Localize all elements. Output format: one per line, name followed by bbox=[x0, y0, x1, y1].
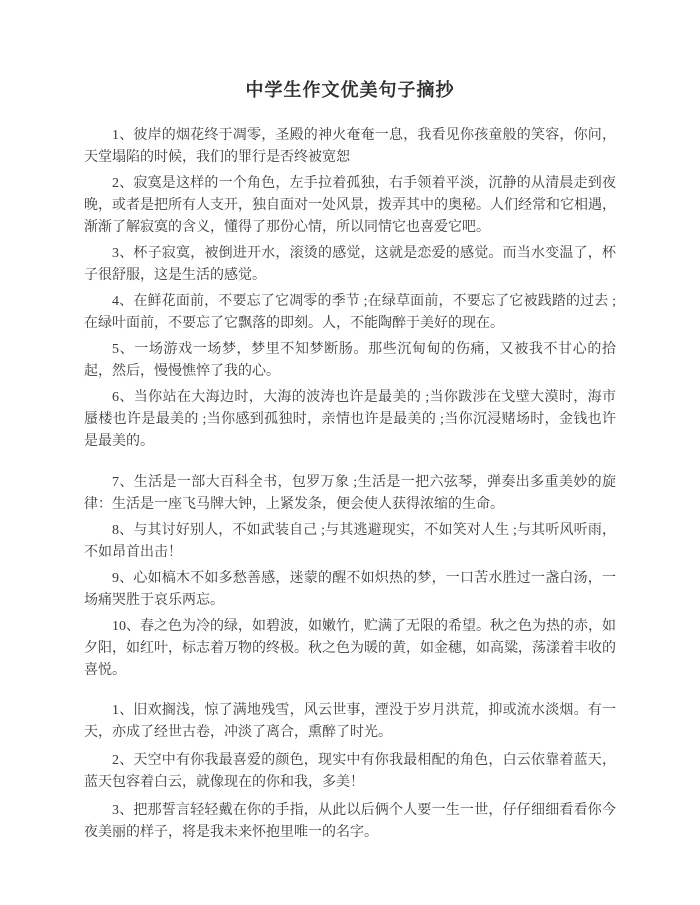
section1-paragraph-6: 6、当你站在大海边时，大海的波涛也许是最美的 ;当你跋涉在戈壁大漠时，海市蜃楼也… bbox=[84, 387, 616, 453]
section2-paragraph-3: 3、把那誓言轻轻戴在你的手指，从此以后俩个人要一生一世，仔仔细细看看你今夜美丽的… bbox=[84, 800, 616, 844]
section1-paragraph-10: 10、春之色为冷的绿，如碧波，如嫩竹，贮满了无限的希望。秋之色为热的赤，如夕阳，… bbox=[84, 616, 616, 682]
section1-paragraph-4: 4、在鲜花面前，不要忘了它凋零的季节 ;在绿草面前，不要忘了它被践踏的过去 ;在… bbox=[84, 291, 616, 335]
quote-section-1: 1、彼岸的烟花终于凋零，圣殿的神火奄奄一息，我看见你孩童般的笑容，你问，天堂塌陷… bbox=[84, 125, 616, 682]
section1-paragraph-9: 9、心如槁木不如多愁善感，迷蒙的醒不如炽热的梦，一口苦水胜过一盏白汤，一场痛哭胜… bbox=[84, 568, 616, 612]
section1-paragraph-8: 8、与其讨好别人，不如武装自己 ;与其逃避现实，不如笑对人生 ;与其听风听雨，不… bbox=[84, 520, 616, 564]
section1-paragraph-5: 5、一场游戏一场梦，梦里不知梦断肠。那些沉甸甸的伤痛，又被我不甘心的拾起，然后，… bbox=[84, 339, 616, 383]
section2-paragraph-2: 2、天空中有你我最喜爱的颜色，现实中有你我最相配的角色，白云依靠着蓝天，蓝天包容… bbox=[84, 750, 616, 794]
document-page: 中学生作文优美句子摘抄 1、彼岸的烟花终于凋零，圣殿的神火奄奄一息，我看见你孩童… bbox=[0, 0, 700, 905]
section1-paragraph-2: 2、寂寞是这样的一个角色，左手拉着孤独，右手领着平淡，沉静的从清晨走到夜晚，或者… bbox=[84, 173, 616, 239]
section1-paragraph-7: 7、生活是一部大百科全书，包罗万象 ;生活是一把六弦琴，弹奏出多重美妙的旋律：生… bbox=[84, 472, 616, 516]
section1-paragraph-3: 3、杯子寂寞，被倒进开水，滚烫的感觉，这就是恋爱的感觉。而当水变温了，杯子很舒服… bbox=[84, 243, 616, 287]
quote-section-2: 1、旧欢搁浅，惊了满地残雪，风云世事，湮没于岁月洪荒，抑或流水淡烟。有一天，亦成… bbox=[84, 700, 616, 844]
page-title: 中学生作文优美句子摘抄 bbox=[84, 78, 616, 102]
section1-paragraph-1: 1、彼岸的烟花终于凋零，圣殿的神火奄奄一息，我看见你孩童般的笑容，你问，天堂塌陷… bbox=[84, 125, 616, 169]
section2-paragraph-1: 1、旧欢搁浅，惊了满地残雪，风云世事，湮没于岁月洪荒，抑或流水淡烟。有一天，亦成… bbox=[84, 700, 616, 744]
